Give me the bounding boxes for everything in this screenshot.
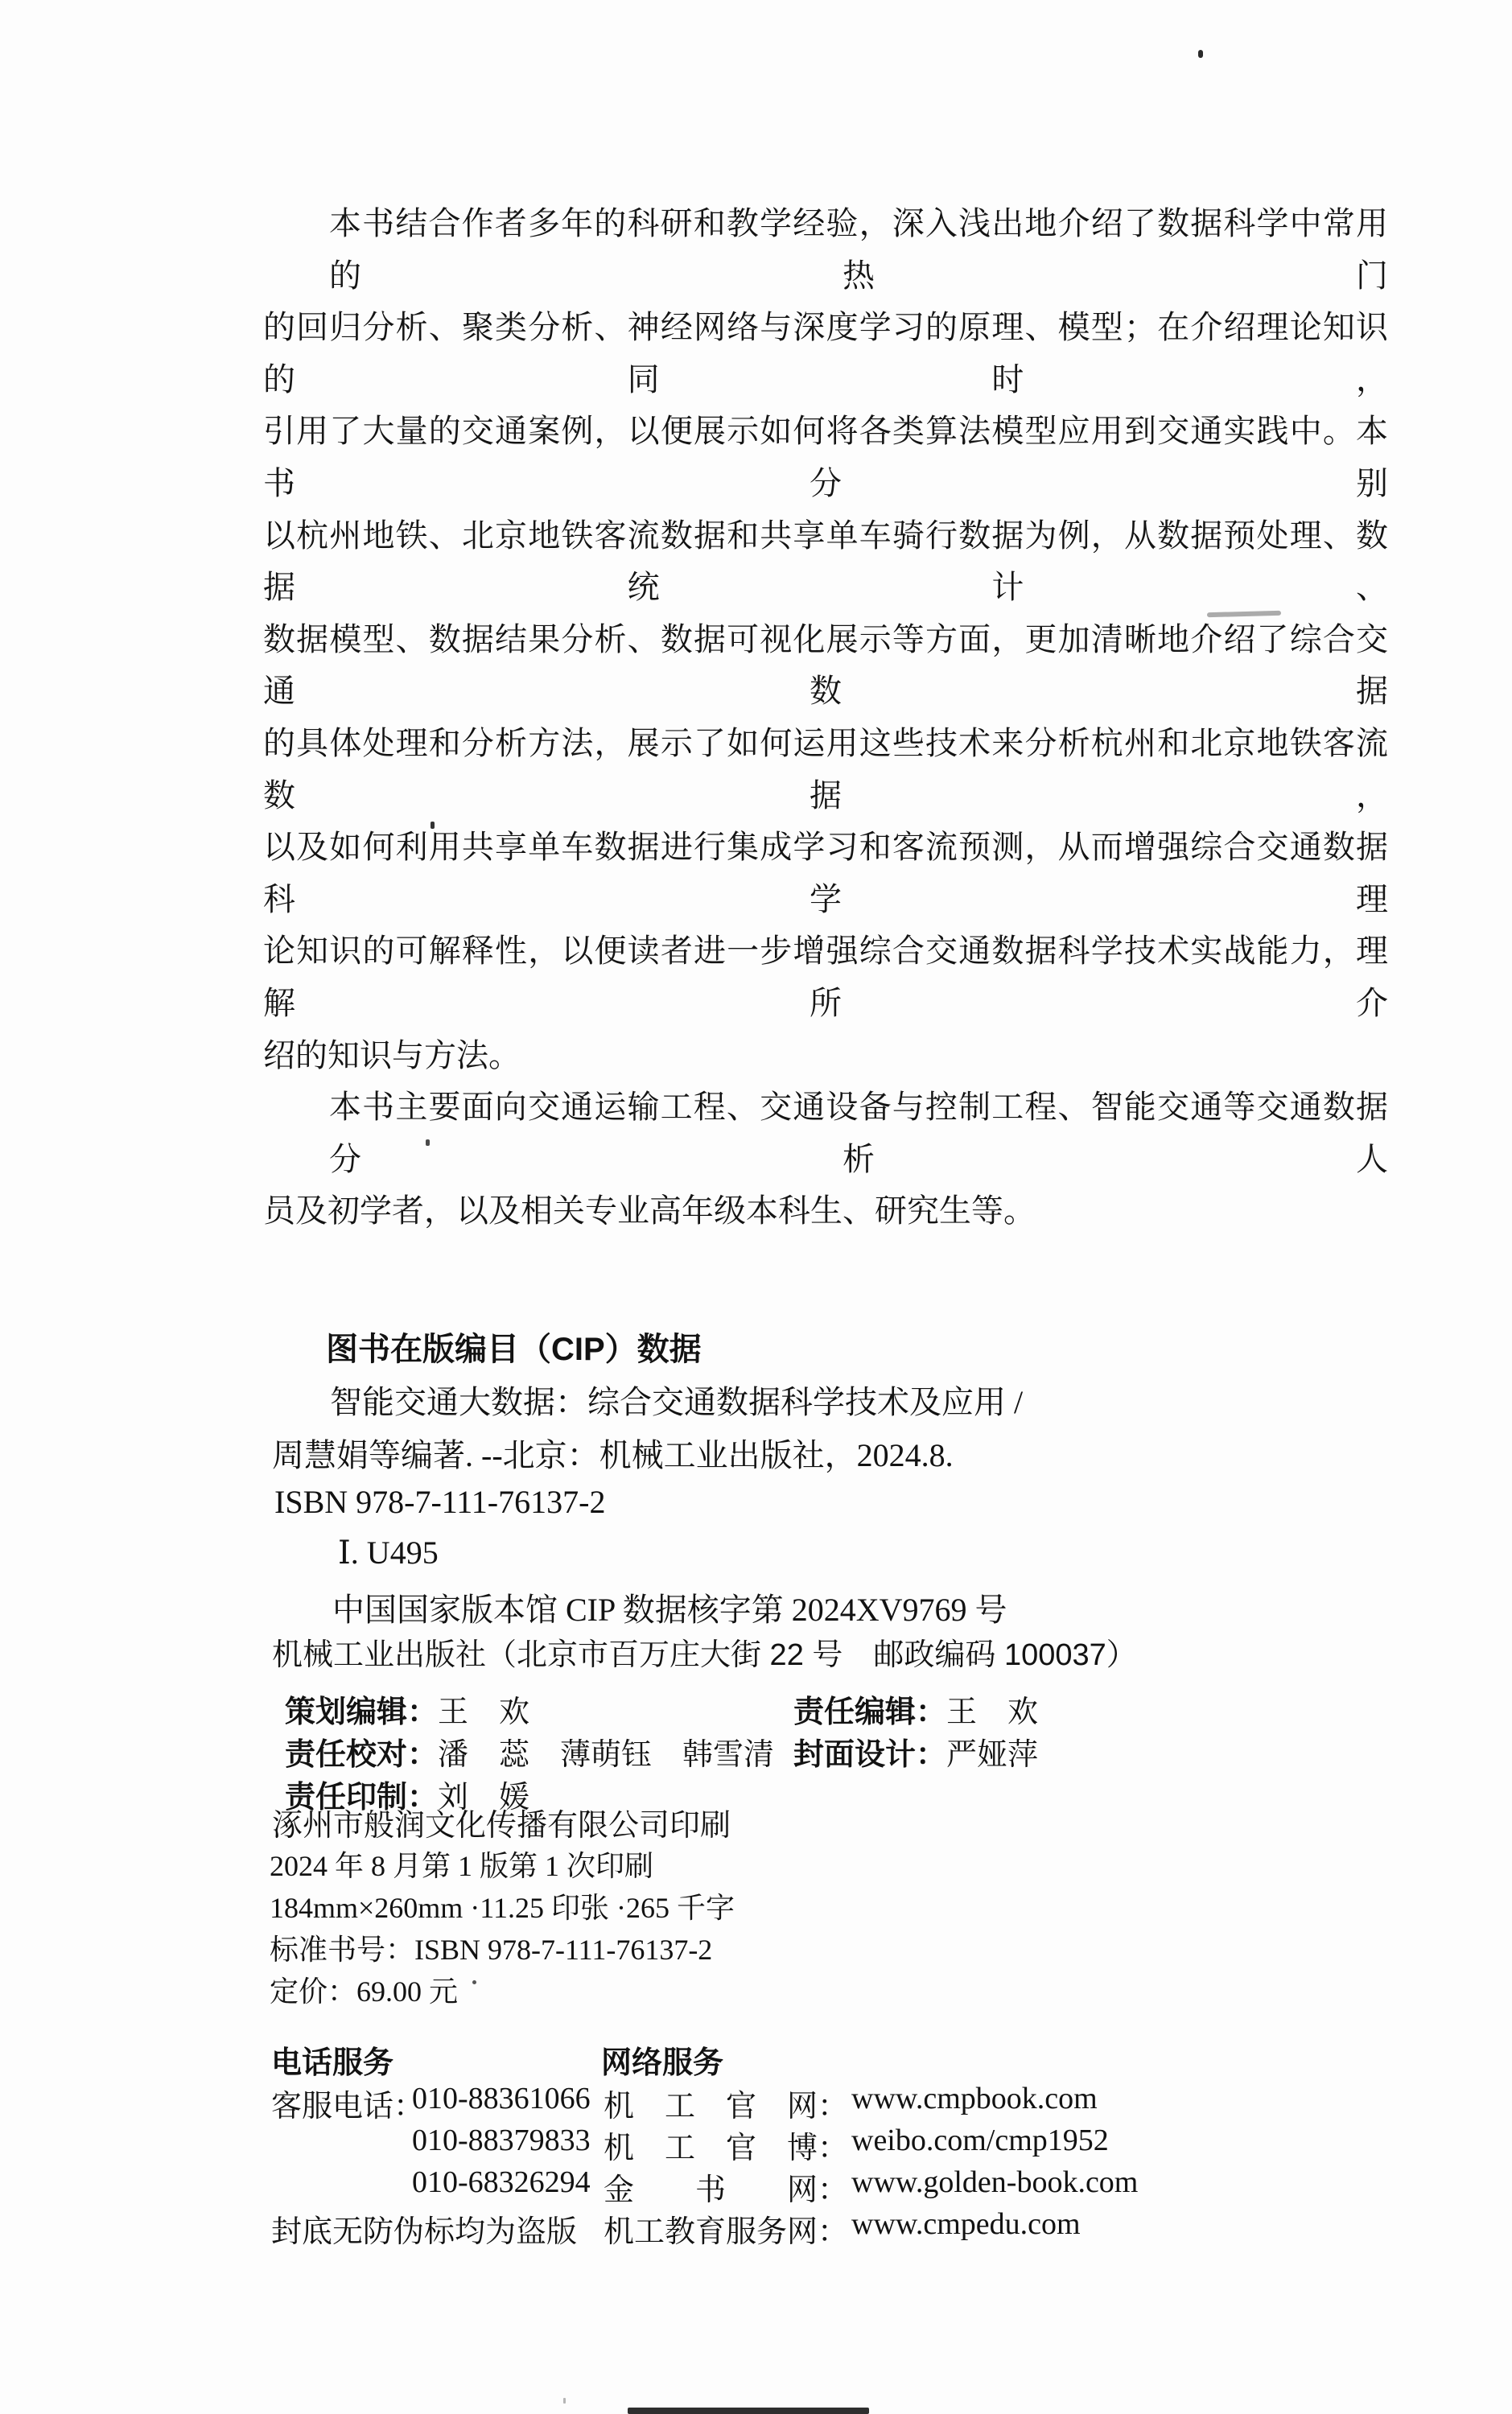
cip-header: 图书在版编目（CIP）数据	[326, 1324, 702, 1370]
intro-line: 的回归分析、聚类分析、神经网络与深度学习的原理、模型；在介绍理论知识的同时，	[263, 302, 1388, 406]
publisher-address-line: 机械工业出版社（北京市百万庄大街 22 号 邮政编码 100037）	[272, 1629, 1137, 1674]
service-web-url: www.golden-book.com	[851, 2165, 1138, 2200]
cip-record-line: 中国国家版本馆 CIP 数据核字第 2024XV9769 号	[332, 1584, 1007, 1630]
service-web-url: www.cmpbook.com	[851, 2081, 1098, 2116]
format-line: 184mm×260mm ·11.25 印张 ·265 千字	[270, 1885, 735, 1926]
intro-paragraphs: 本书结合作者多年的科研和教学经验，深入浅出地介绍了数据科学中常用的热门 的回归分…	[263, 198, 1388, 1238]
editors-row-2-col-2: 封面设计：严娅萍	[781, 1715, 1038, 1788]
service-phone-label: 客服电话：	[271, 2081, 424, 2125]
intro-line: 员及初学者，以及相关专业高年级本科生、研究生等。	[263, 1185, 1388, 1238]
intro-line: 以杭州地铁、北京地铁客流数据和共享单车骑行数据为例，从数据预处理、数据统计、	[263, 510, 1388, 614]
cip-author-line: 周慧娟等编著. --北京：机械工业出版社，2024.8.	[272, 1430, 954, 1476]
service-phone-number: 010-88379833	[412, 2123, 591, 2158]
service-web-label: 机 工 官 博：	[604, 2123, 848, 2167]
cip-classification-line: Ⅰ. U495	[338, 1534, 439, 1572]
scan-speck	[1198, 50, 1203, 58]
service-phone-number: 010-68326294	[412, 2165, 591, 2200]
web-service-header: 网络服务	[601, 2037, 723, 2082]
service-web-label: 金 书 网：	[604, 2165, 848, 2209]
cover-designer-label: 封面设计：	[793, 1738, 946, 1772]
intro-line: 绍的知识与方法。	[263, 1030, 1388, 1082]
service-web-url: weibo.com/cmp1952	[851, 2123, 1109, 2158]
scan-speck	[472, 1980, 476, 1984]
price-line: 定价：69.00 元	[270, 1969, 458, 2010]
intro-line: 本书主要面向交通运输工程、交通设备与控制工程、智能交通等交通数据分析人	[263, 1081, 1388, 1185]
scan-speck	[431, 822, 435, 829]
cip-title-line: 智能交通大数据：综合交通数据科学技术及应用 /	[330, 1377, 1023, 1423]
scan-edge-line	[628, 2408, 869, 2414]
intro-line: 引用了大量的交通案例，以便展示如何将各类算法模型应用到交通实践中。本书分别	[263, 406, 1388, 509]
standard-isbn-line: 标准书号：ISBN 978-7-111-76137-2	[270, 1927, 712, 1968]
service-phone-number: 010-88361066	[412, 2081, 591, 2116]
edu-service-label: 机工教育服务网：	[604, 2206, 848, 2251]
printer-line: 涿州市般润文化传播有限公司印刷	[272, 1800, 731, 1844]
anti-piracy-notice: 封底无防伪标均为盗版	[271, 2206, 577, 2251]
intro-line: 论知识的可解释性，以便读者进一步增强综合交通数据科学技术实战能力，理解所介	[263, 925, 1388, 1029]
scan-speck	[563, 2398, 566, 2404]
intro-line: 的具体处理和分析方法，展示了如何运用这些技术来分析杭州和北京地铁客流数据，	[263, 718, 1388, 822]
edu-service-url: www.cmpedu.com	[851, 2206, 1081, 2242]
scan-speck	[426, 1139, 430, 1146]
service-web-label: 机 工 官 网：	[604, 2081, 848, 2125]
intro-line: 数据模型、数据结果分析、数据可视化展示等方面，更加清晰地介绍了综合交通数据	[263, 614, 1388, 718]
cip-isbn-line: ISBN 978-7-111-76137-2	[274, 1483, 605, 1521]
intro-line: 以及如何利用共享单车数据进行集成学习和客流预测，从而增强综合交通数据科学理	[263, 822, 1388, 925]
intro-line: 本书结合作者多年的科研和教学经验，深入浅出地介绍了数据科学中常用的热门	[263, 198, 1388, 302]
phone-service-header: 电话服务	[271, 2037, 393, 2082]
edition-line: 2024 年 8 月第 1 版第 1 次印刷	[270, 1843, 653, 1885]
cover-designer-name: 严娅萍	[946, 1738, 1038, 1772]
book-copyright-page: 本书结合作者多年的科研和教学经验，深入浅出地介绍了数据科学中常用的热门 的回归分…	[0, 0, 1512, 2414]
